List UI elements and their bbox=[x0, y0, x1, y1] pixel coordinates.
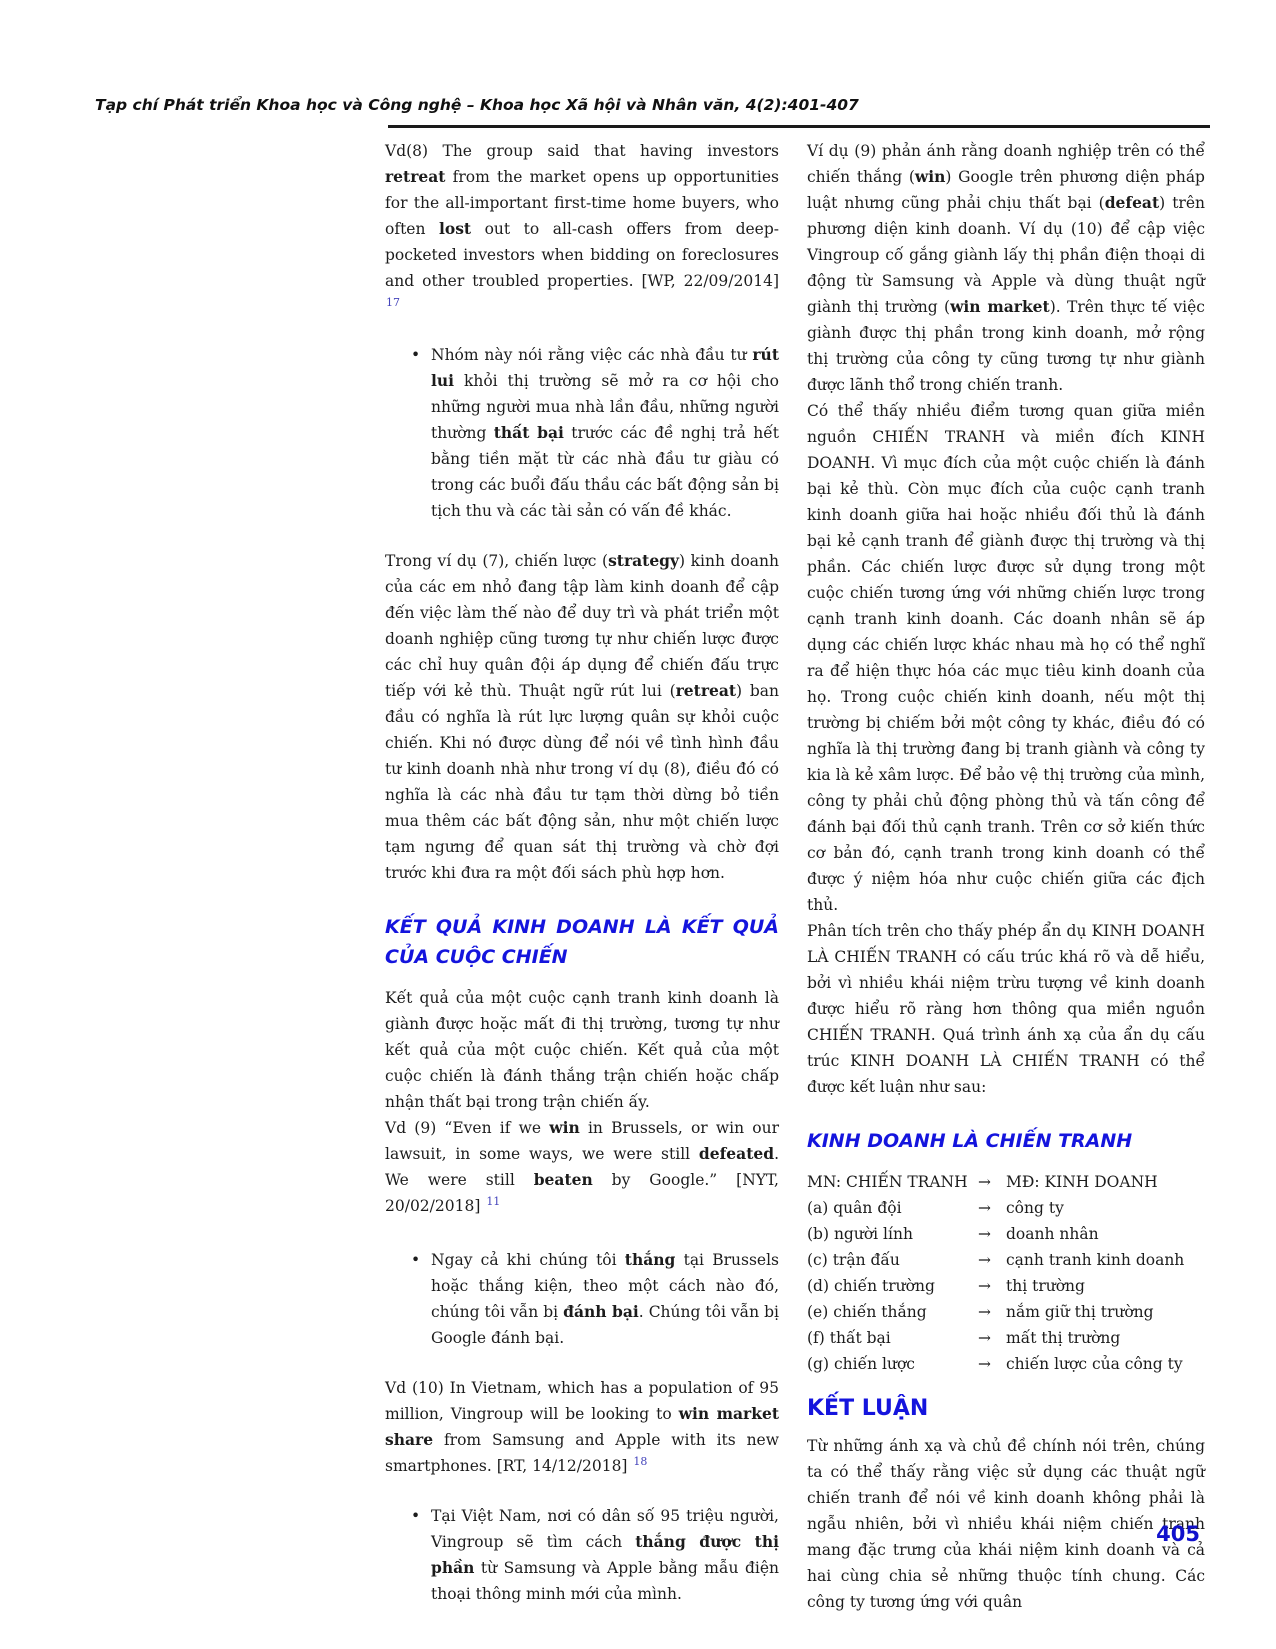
mapping-target: doanh nhân bbox=[1006, 1221, 1205, 1247]
paragraph-vd7-analysis: Trong ví dụ (7), chiến lược (strategy) k… bbox=[385, 548, 779, 886]
bold-term: retreat bbox=[676, 681, 736, 700]
running-head: Tạp chí Phát triển Khoa học và Công nghệ… bbox=[95, 96, 859, 114]
text-run: ) kinh doanh của các em nhỏ đang tập làm… bbox=[385, 552, 779, 700]
mapping-row-a: (a) quân đội → công ty bbox=[807, 1195, 1205, 1221]
bullet-text: Ngay cả khi chúng tôi thắng tại Brussels… bbox=[431, 1247, 779, 1351]
text-run: Ngay cả khi chúng tôi bbox=[431, 1251, 625, 1269]
text-run: from Samsung and Apple with its new smar… bbox=[385, 1431, 779, 1475]
arrow-icon: → bbox=[978, 1273, 1006, 1299]
citation-ref[interactable]: 17 bbox=[386, 296, 400, 309]
arrow-icon: → bbox=[978, 1247, 1006, 1273]
paragraph-vd9-english: Vd (9) “Even if we win in Brussels, or w… bbox=[385, 1115, 779, 1219]
bold-term: defeat bbox=[1105, 193, 1159, 212]
mapping-term: (b) người lính bbox=[807, 1221, 978, 1247]
bold-term: retreat bbox=[385, 167, 445, 186]
arrow-icon: → bbox=[978, 1299, 1006, 1325]
citation-ref[interactable]: 18 bbox=[633, 1455, 647, 1468]
bold-term: win market bbox=[950, 297, 1050, 316]
mapping-target: mất thị trường bbox=[1006, 1325, 1205, 1351]
bullet-item-translation-vd10: • Tại Việt Nam, nơi có dân số 95 triệu n… bbox=[385, 1503, 779, 1607]
right-column: Ví dụ (9) phản ánh rằng doanh nghiệp trê… bbox=[807, 138, 1205, 1615]
arrow-icon: → bbox=[978, 1195, 1006, 1221]
arrow-icon: → bbox=[978, 1351, 1006, 1377]
mapping-row-d: (d) chiến trường → thị trường bbox=[807, 1273, 1205, 1299]
mapping-term: (a) quân đội bbox=[807, 1195, 978, 1221]
arrow-icon: → bbox=[978, 1169, 1006, 1195]
mapping-term: (f) thất bại bbox=[807, 1325, 978, 1351]
mapping-target: chiến lược của công ty bbox=[1006, 1351, 1205, 1377]
text-run: Trong ví dụ (7), chiến lược ( bbox=[385, 552, 608, 570]
mapping-target: nắm giữ thị trường bbox=[1006, 1299, 1205, 1325]
arrow-icon: → bbox=[978, 1325, 1006, 1351]
mapping-target: công ty bbox=[1006, 1195, 1205, 1221]
paragraph-vd8-english: Vd(8) The group said that having investo… bbox=[385, 138, 779, 320]
bold-term: thắng bbox=[625, 1250, 676, 1269]
bold-term: đánh bại bbox=[563, 1302, 639, 1321]
mapping-target: cạnh tranh kinh doanh bbox=[1006, 1247, 1205, 1273]
bullet-text: Nhóm này nói rằng việc các nhà đầu tư rú… bbox=[431, 342, 779, 524]
mapping-term: (c) trận đấu bbox=[807, 1247, 978, 1273]
mapping-target-domain: MĐ: KINH DOANH bbox=[1006, 1169, 1205, 1195]
mapping-term: (e) chiến thắng bbox=[807, 1299, 978, 1325]
bold-term: beaten bbox=[534, 1170, 593, 1189]
left-column: Vd(8) The group said that having investo… bbox=[385, 138, 779, 1629]
bold-term: defeated bbox=[699, 1144, 774, 1163]
mapping-row-e: (e) chiến thắng → nắm giữ thị trường bbox=[807, 1299, 1205, 1325]
mapping-source-domain: MN: CHIẾN TRANH bbox=[807, 1169, 978, 1195]
bullet-text: Tại Việt Nam, nơi có dân số 95 triệu ngư… bbox=[431, 1503, 779, 1607]
section-heading-ket-qua: KẾT QUẢ KINH DOANH LÀ KẾT QUẢ CỦA CUỘC C… bbox=[385, 912, 779, 972]
text-run: ) ban đầu có nghĩa là rút lực lượng quân… bbox=[385, 682, 779, 882]
page-number: 405 bbox=[1000, 1522, 1200, 1546]
paragraph-co-the-thay: Có thể thấy nhiều điểm tương quan giữa m… bbox=[807, 398, 1205, 918]
mapping-row-c: (c) trận đấu → cạnh tranh kinh doanh bbox=[807, 1247, 1205, 1273]
mapping-target: thị trường bbox=[1006, 1273, 1205, 1299]
paragraph-vd10-english: Vd (10) In Vietnam, which has a populati… bbox=[385, 1375, 779, 1479]
section-heading-ket-luan: KẾT LUẬN bbox=[807, 1395, 1205, 1423]
bold-term: win bbox=[549, 1118, 580, 1137]
text-run: Nhóm này nói rằng việc các nhà đầu tư bbox=[431, 346, 752, 364]
header-rule bbox=[388, 125, 1210, 128]
text-run: Vd(8) The group said that having investo… bbox=[385, 142, 779, 160]
citation-ref[interactable]: 11 bbox=[486, 1195, 500, 1208]
paragraph-phan-tich: Phân tích trên cho thấy phép ẩn dụ KINH … bbox=[807, 918, 1205, 1100]
section-heading-kinh-doanh-la-chien-tranh: KINH DOANH LÀ CHIẾN TRANH bbox=[807, 1126, 1205, 1156]
bullet-item-translation-vd9: • Ngay cả khi chúng tôi thắng tại Brusse… bbox=[385, 1247, 779, 1351]
bullet-dot-icon: • bbox=[411, 1503, 420, 1529]
mapping-row-b: (b) người lính → doanh nhân bbox=[807, 1221, 1205, 1247]
text-run: từ Samsung và Apple bằng mẫu điện thoại … bbox=[431, 1559, 779, 1603]
arrow-icon: → bbox=[978, 1221, 1006, 1247]
bullet-dot-icon: • bbox=[411, 342, 420, 368]
bold-term: thất bại bbox=[494, 423, 564, 442]
text-run: Vd (9) “Even if we bbox=[385, 1119, 549, 1137]
mapping-row-g: (g) chiến lược → chiến lược của công ty bbox=[807, 1351, 1205, 1377]
mapping-header-row: MN: CHIẾN TRANH → MĐ: KINH DOANH bbox=[807, 1169, 1205, 1195]
bold-term: lost bbox=[439, 219, 471, 238]
paragraph-ket-qua: Kết quả của một cuộc cạnh tranh kinh doa… bbox=[385, 985, 779, 1115]
text-run: Kết quả của một cuộc cạnh tranh kinh doa… bbox=[385, 989, 779, 1111]
mapping-term: (g) chiến lược bbox=[807, 1351, 978, 1377]
bullet-dot-icon: • bbox=[411, 1247, 420, 1273]
mapping-table: MN: CHIẾN TRANH → MĐ: KINH DOANH (a) quâ… bbox=[807, 1169, 1205, 1377]
mapping-term: (d) chiến trường bbox=[807, 1273, 978, 1299]
paragraph-vidu9-analysis: Ví dụ (9) phản ánh rằng doanh nghiệp trê… bbox=[807, 138, 1205, 398]
bullet-item-translation-vd8: • Nhóm này nói rằng việc các nhà đầu tư … bbox=[385, 342, 779, 524]
text-run: Phân tích trên cho thấy phép ẩn dụ KINH … bbox=[807, 922, 1205, 1096]
text-run: Có thể thấy nhiều điểm tương quan giữa m… bbox=[807, 402, 1205, 914]
paper-page: Tạp chí Phát triển Khoa học và Công nghệ… bbox=[0, 0, 1276, 1649]
bold-term: strategy bbox=[608, 551, 679, 570]
mapping-row-f: (f) thất bại → mất thị trường bbox=[807, 1325, 1205, 1351]
bold-term: win bbox=[915, 167, 946, 186]
